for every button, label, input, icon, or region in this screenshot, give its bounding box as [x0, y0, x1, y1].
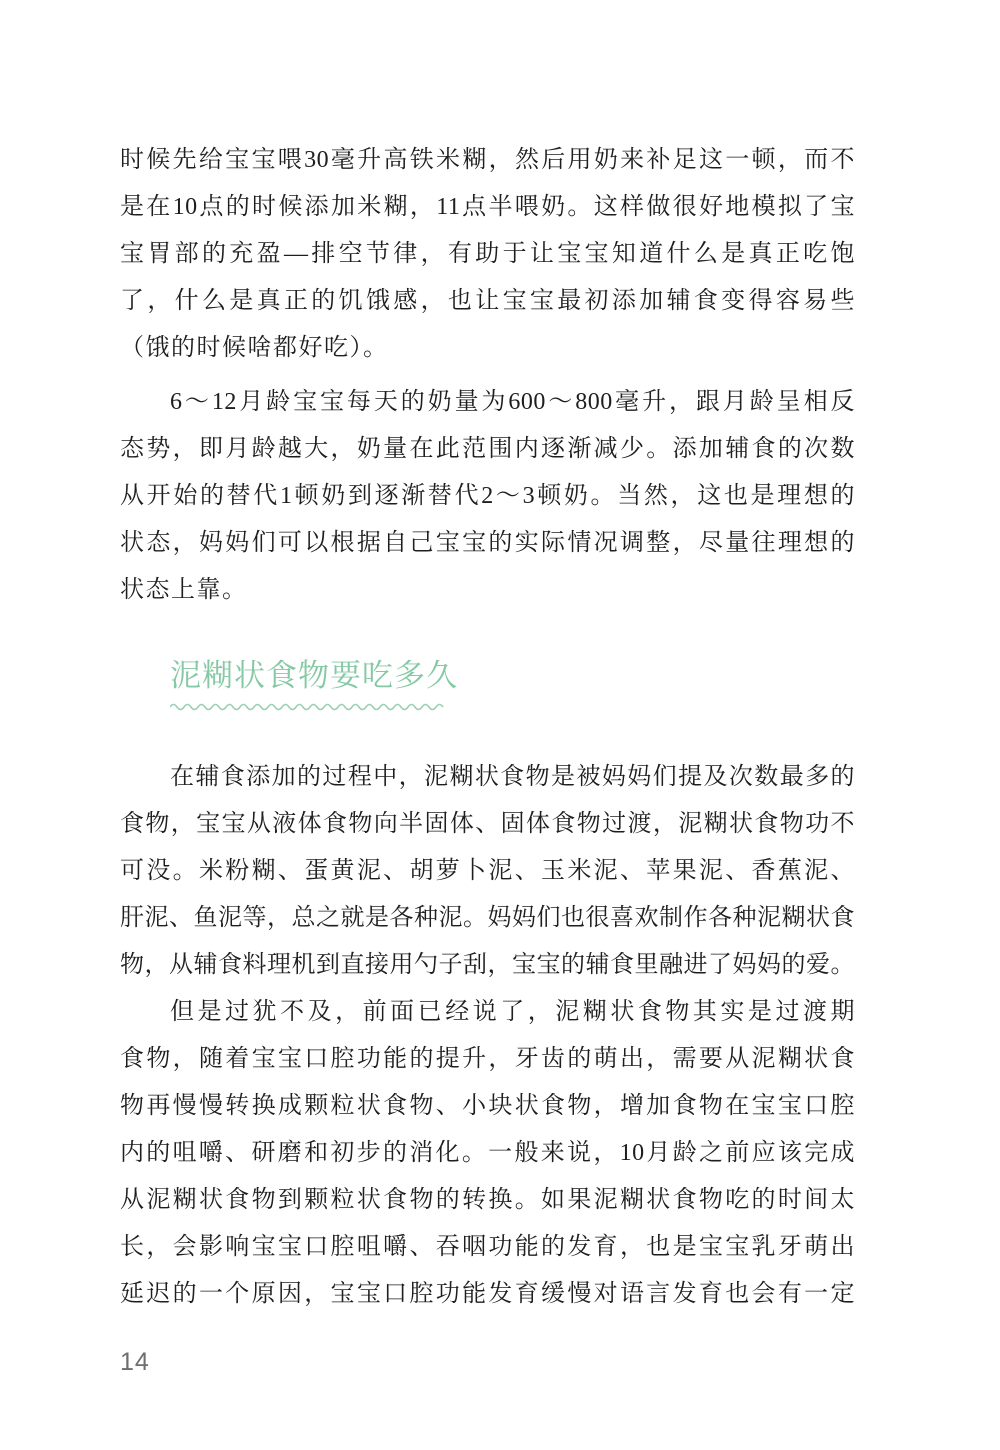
text-line: 宝胃部的充盈—排空节律，有助于让宝宝知道什么是真正吃饱: [120, 231, 855, 278]
paragraph-puree-foods-intro: 在辅食添加的过程中，泥糊状食物是被妈妈们提及次数最多的食物，宝宝从液体食物向半固…: [120, 754, 855, 989]
page-number: 14: [120, 1348, 150, 1377]
text-line: 可没。米粉糊、蛋黄泥、胡萝卜泥、玉米泥、苹果泥、香蕉泥、: [120, 848, 855, 895]
wavy-underline-decoration: [170, 701, 446, 711]
text-line: 食物，随着宝宝口腔功能的提升，牙齿的萌出，需要从泥糊状食: [120, 1036, 855, 1083]
text-line: 长，会影响宝宝口腔咀嚼、吞咽功能的发育，也是宝宝乳牙萌出: [120, 1224, 855, 1271]
paragraph-milk-amount: 6～12月龄宝宝每天的奶量为600～800毫升，跟月龄呈相反态势，即月龄越大，奶…: [120, 379, 855, 614]
text-line: （饿的时候啥都好吃）。: [120, 325, 855, 372]
text-line: 肝泥、鱼泥等，总之就是各种泥。妈妈们也很喜欢制作各种泥糊状食: [120, 895, 855, 942]
text-line: 物再慢慢转换成颗粒状食物、小块状食物，增加食物在宝宝口腔: [120, 1083, 855, 1130]
text-line: 食物，宝宝从液体食物向半固体、固体食物过渡，泥糊状食物功不: [120, 801, 855, 848]
book-page: 时候先给宝宝喂30毫升高铁米糊，然后用奶来补足这一顿，而不是在10点的时候添加米…: [0, 0, 1000, 1450]
paragraph-puree-transition: 但是过犹不及，前面已经说了，泥糊状食物其实是过渡期食物，随着宝宝口腔功能的提升，…: [120, 989, 855, 1318]
text-line: 从开始的替代1顿奶到逐渐替代2～3顿奶。当然，这也是理想的: [120, 473, 855, 520]
text-line: 物，从辅食料理机到直接用勺子刮，宝宝的辅食里融进了妈妈的爱。: [120, 942, 855, 989]
text-line: 内的咀嚼、研磨和初步的消化。一般来说，10月龄之前应该完成: [120, 1130, 855, 1177]
text-line: 了，什么是真正的饥饿感，也让宝宝最初添加辅食变得容易些: [120, 278, 855, 325]
text-line: 延迟的一个原因，宝宝口腔功能发育缓慢对语言发育也会有一定: [120, 1271, 855, 1318]
text-line: 时候先给宝宝喂30毫升高铁米糊，然后用奶来补足这一顿，而不: [120, 137, 855, 184]
text-line: 状态上靠。: [120, 567, 855, 614]
text-line: 6～12月龄宝宝每天的奶量为600～800毫升，跟月龄呈相反: [120, 379, 855, 426]
text-line: 从泥糊状食物到颗粒状食物的转换。如果泥糊状食物吃的时间太: [120, 1177, 855, 1224]
paragraph-feeding-schedule: 时候先给宝宝喂30毫升高铁米糊，然后用奶来补足这一顿，而不是在10点的时候添加米…: [120, 137, 855, 372]
text-line: 状态，妈妈们可以根据自己宝宝的实际情况调整，尽量往理想的: [120, 520, 855, 567]
section-heading: 泥糊状食物要吃多久: [170, 657, 458, 711]
text-line: 但是过犹不及，前面已经说了，泥糊状食物其实是过渡期: [120, 989, 855, 1036]
section-heading-text: 泥糊状食物要吃多久: [170, 657, 458, 695]
text-line: 态势，即月龄越大，奶量在此范围内逐渐减少。添加辅食的次数: [120, 426, 855, 473]
text-line: 在辅食添加的过程中，泥糊状食物是被妈妈们提及次数最多的: [120, 754, 855, 801]
text-line: 是在10点的时候添加米糊，11点半喂奶。这样做很好地模拟了宝: [120, 184, 855, 231]
